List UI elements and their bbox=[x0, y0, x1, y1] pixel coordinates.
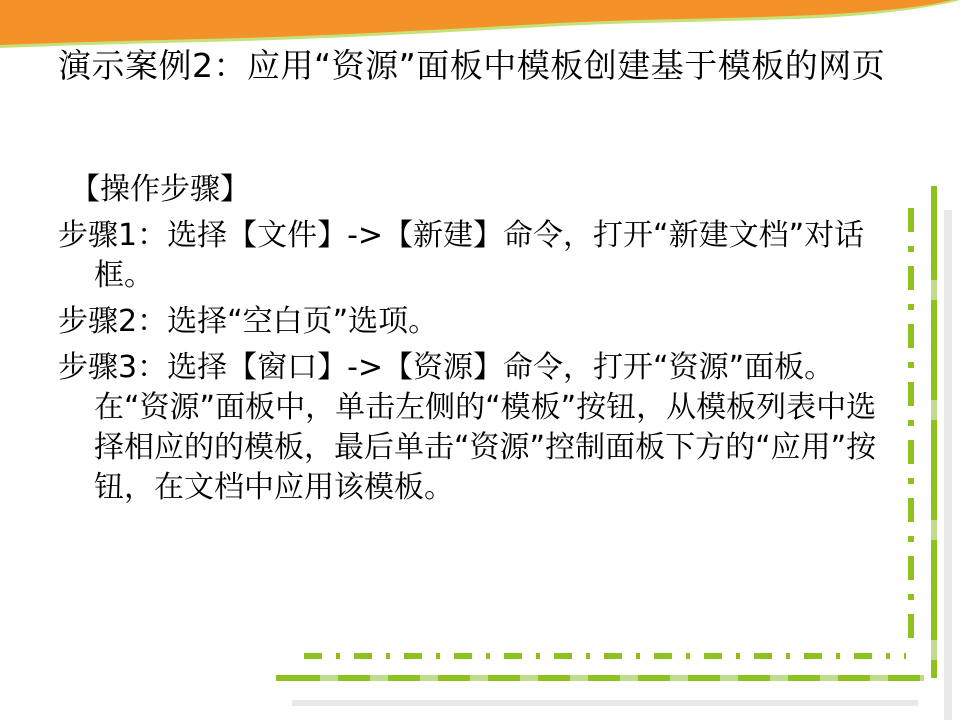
steps-heading: 【操作步骤】 bbox=[70, 170, 878, 210]
slide-content: 【操作步骤】 步骤1：选择【文件】->【新建】命令，打开“新建文档”对话框。 步… bbox=[58, 170, 878, 514]
frame-shadow-bottom bbox=[292, 700, 918, 706]
step-2: 步骤2：选择“空白页”选项。 bbox=[58, 302, 878, 342]
step-3: 步骤3：选择【窗口】->【资源】命令，打开“资源”面板。在“资源”面板中，单击左… bbox=[58, 348, 878, 508]
frame-shadow-right bbox=[944, 210, 952, 720]
slide-title: 演示案例2：应用“资源”面板中模板创建基于模板的网页 bbox=[58, 46, 918, 86]
step-1: 步骤1：选择【文件】->【新建】命令，打开“新建文档”对话框。 bbox=[58, 216, 878, 296]
